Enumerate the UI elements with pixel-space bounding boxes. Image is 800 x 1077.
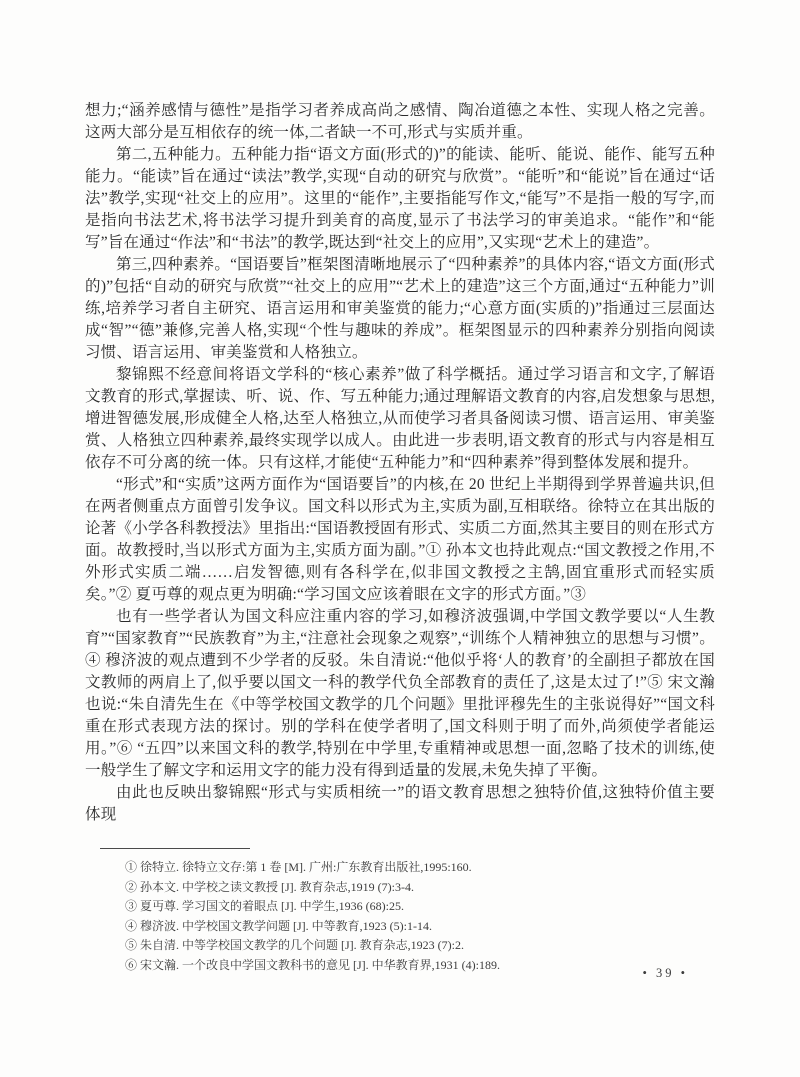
footnote-item: ⑤ 朱自清. 中等学校国文教学的几个问题 [J]. 教育杂志,1923 (7):… — [100, 936, 645, 956]
body-paragraph-continuation: 想力;“涵养感情与德性”是指学习者养成高尚之感情、陶冶道德之本性、实现人格之完善… — [85, 100, 715, 144]
body-paragraph: “形式”和“实质”这两方面作为“国语要旨”的内核,在 20 世纪上半期得到学界普… — [85, 474, 715, 606]
footnote-divider — [100, 848, 250, 849]
footnote-item: ③ 夏丏尊. 学习国文的着眼点 [J]. 中学生,1936 (68):25. — [100, 897, 645, 917]
footnote-item: ① 徐特立. 徐特立文存:第 1 卷 [M]. 广州:广东教育出版社,1995:… — [100, 858, 645, 878]
document-page: 想力;“涵养感情与德性”是指学习者养成高尚之感情、陶冶道德之本性、实现人格之完善… — [0, 0, 800, 1077]
footnote-item: ④ 穆济波. 中学校国文教学问题 [J]. 中等教育,1923 (5):1-14… — [100, 917, 645, 937]
footnote-item: ⑥ 宋文瀚. 一个改良中学国文教科书的意见 [J]. 中华教育界,1931 (4… — [100, 956, 645, 976]
body-paragraph: 第二,五种能力。五种能力指“语文方面(形式的)”的能读、能听、能说、能作、能写五… — [85, 144, 715, 254]
body-paragraph: 第三,四种素养。“国语要旨”框架图清晰地展示了“四种素养”的具体内容,“语文方面… — [85, 254, 715, 364]
footnotes-section: ① 徐特立. 徐特立文存:第 1 卷 [M]. 广州:广东教育出版社,1995:… — [100, 848, 645, 975]
body-paragraph: 也有一些学者认为国文科应注重内容的学习,如穆济波强调,中学国文教学要以“人生教育… — [85, 606, 715, 782]
page-number: • 39 • — [642, 966, 688, 981]
body-paragraph: 由此也反映出黎锦熙“形式与实质相统一”的语文教育思想之独特价值,这独特价值主要体… — [85, 782, 715, 826]
article-body: 想力;“涵养感情与德性”是指学习者养成高尚之感情、陶冶道德之本性、实现人格之完善… — [85, 100, 715, 852]
footnote-item: ② 孙本文. 中学校之读文教授 [J]. 教育杂志,1919 (7):3-4. — [100, 878, 645, 898]
body-paragraph: 黎锦熙不经意间将语文学科的“核心素养”做了科学概括。通过学习语言和文字,了解语文… — [85, 364, 715, 474]
